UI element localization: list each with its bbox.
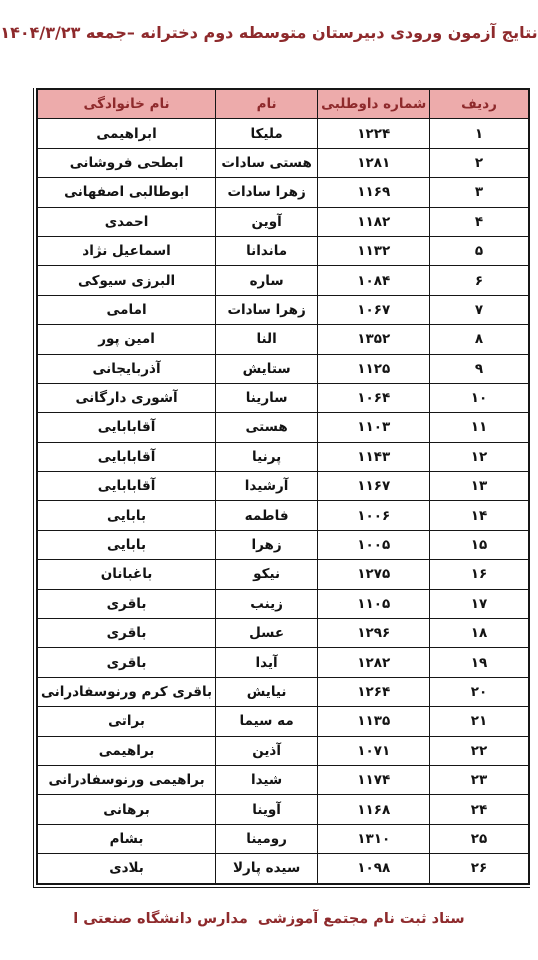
last-name-cell: باقری — [37, 589, 216, 618]
last-name-cell: براتی — [37, 707, 216, 736]
first-name-cell: عسل — [216, 619, 318, 648]
row-number-cell: ۲۳ — [430, 765, 529, 794]
last-name-cell: برهانی — [37, 795, 216, 824]
first-name-cell: ستایش — [216, 354, 318, 383]
first-name-cell: رومینا — [216, 824, 318, 853]
row-number-cell: ۱۸ — [430, 619, 529, 648]
first-name-cell: آرشیدا — [216, 472, 318, 501]
table-outer-frame: ردیف شماره داوطلبی نام نام خانوادگی ۱۱۲۲… — [33, 88, 530, 888]
table-row: ۹۱۱۲۵ستایشآذربایجانی — [37, 354, 529, 383]
candidate-number-cell: ۱۰۸۴ — [318, 266, 430, 295]
first-name-cell: آوینا — [216, 795, 318, 824]
row-number-cell: ۱۴ — [430, 501, 529, 530]
results-sheet: نتایج آزمون ورودی دبیرستان متوسطه دوم دخ… — [0, 0, 538, 960]
table-row: ۷۱۰۶۷زهرا ساداتامامی — [37, 295, 529, 324]
footer-note: ستاد ثبت نام مجتمع آموزشی مدارس دانشگاه … — [0, 911, 538, 927]
table-row: ۲۱۱۱۳۵مه سیمابراتی — [37, 707, 529, 736]
last-name-cell: البرزی سیوکی — [37, 266, 216, 295]
first-name-cell: ملیکا — [216, 119, 318, 148]
first-name-cell: شیدا — [216, 765, 318, 794]
row-number-cell: ۲۲ — [430, 736, 529, 765]
candidate-number-cell: ۱۲۹۶ — [318, 619, 430, 648]
last-name-cell: بابایی — [37, 530, 216, 559]
last-name-cell: آقابابایی — [37, 442, 216, 471]
table-row: ۱۵۱۰۰۵زهرابابایی — [37, 530, 529, 559]
table-row: ۳۱۱۶۹زهرا ساداتابوطالبی اصفهانی — [37, 178, 529, 207]
last-name-cell: احمدی — [37, 207, 216, 236]
first-name-cell: نیایش — [216, 677, 318, 706]
candidate-number-cell: ۱۱۶۸ — [318, 795, 430, 824]
row-number-cell: ۷ — [430, 295, 529, 324]
table-row: ۱۷۱۱۰۵زینبباقری — [37, 589, 529, 618]
candidate-number-cell: ۱۰۰۵ — [318, 530, 430, 559]
last-name-cell: بلادی — [37, 854, 216, 884]
column-header-candidate-number: شماره داوطلبی — [318, 89, 430, 119]
row-number-cell: ۳ — [430, 178, 529, 207]
last-name-cell: باقری — [37, 619, 216, 648]
table-row: ۴۱۱۸۲آویناحمدی — [37, 207, 529, 236]
first-name-cell: آیدا — [216, 648, 318, 677]
candidate-number-cell: ۱۲۲۴ — [318, 119, 430, 148]
candidate-number-cell: ۱۲۷۵ — [318, 560, 430, 589]
table-row: ۲۵۱۳۱۰رومینابشام — [37, 824, 529, 853]
table-row: ۱۴۱۰۰۶فاطمهبابایی — [37, 501, 529, 530]
first-name-cell: سیده پارلا — [216, 854, 318, 884]
first-name-cell: النا — [216, 325, 318, 354]
table-row: ۱۸۱۲۹۶عسلباقری — [37, 619, 529, 648]
row-number-cell: ۱۵ — [430, 530, 529, 559]
last-name-cell: امامی — [37, 295, 216, 324]
row-number-cell: ۲۱ — [430, 707, 529, 736]
first-name-cell: آوین — [216, 207, 318, 236]
last-name-cell: ابوطالبی اصفهانی — [37, 178, 216, 207]
candidate-number-cell: ۱۲۸۲ — [318, 648, 430, 677]
column-header-first-name: نام — [216, 89, 318, 119]
row-number-cell: ۱ — [430, 119, 529, 148]
last-name-cell: بابایی — [37, 501, 216, 530]
candidate-number-cell: ۱۱۲۵ — [318, 354, 430, 383]
candidate-number-cell: ۱۰۶۴ — [318, 383, 430, 412]
table-header-row: ردیف شماره داوطلبی نام نام خانوادگی — [37, 89, 529, 119]
header-row: ردیف شماره داوطلبی نام نام خانوادگی — [37, 89, 529, 119]
last-name-cell: بشام — [37, 824, 216, 853]
candidate-number-cell: ۱۱۶۷ — [318, 472, 430, 501]
first-name-cell: ساره — [216, 266, 318, 295]
candidate-number-cell: ۱۳۵۲ — [318, 325, 430, 354]
last-name-cell: باغبانان — [37, 560, 216, 589]
candidate-number-cell: ۱۱۸۲ — [318, 207, 430, 236]
table-row: ۱۳۱۱۶۷آرشیداآقابابایی — [37, 472, 529, 501]
table-row: ۱۶۱۲۷۵نیکوباغبانان — [37, 560, 529, 589]
row-number-cell: ۵ — [430, 236, 529, 265]
row-number-cell: ۸ — [430, 325, 529, 354]
candidate-number-cell: ۱۱۳۵ — [318, 707, 430, 736]
column-header-last-name: نام خانوادگی — [37, 89, 216, 119]
last-name-cell: امین پور — [37, 325, 216, 354]
first-name-cell: نیکو — [216, 560, 318, 589]
first-name-cell: زهرا سادات — [216, 295, 318, 324]
last-name-cell: اسماعیل نژاد — [37, 236, 216, 265]
candidate-number-cell: ۱۳۱۰ — [318, 824, 430, 853]
table-row: ۲۰۱۲۶۴نیایشباقری کرم ورنوسفادرانی — [37, 677, 529, 706]
last-name-cell: باقری کرم ورنوسفادرانی — [37, 677, 216, 706]
first-name-cell: آذین — [216, 736, 318, 765]
candidate-number-cell: ۱۱۶۹ — [318, 178, 430, 207]
table-row: ۱۲۱۱۴۳پرنیاآقابابایی — [37, 442, 529, 471]
first-name-cell: زینب — [216, 589, 318, 618]
first-name-cell: هستی — [216, 413, 318, 442]
candidate-number-cell: ۱۰۷۱ — [318, 736, 430, 765]
first-name-cell: هستی سادات — [216, 148, 318, 177]
row-number-cell: ۹ — [430, 354, 529, 383]
first-name-cell: زهرا سادات — [216, 178, 318, 207]
candidate-number-cell: ۱۱۷۴ — [318, 765, 430, 794]
table-row: ۲۱۲۸۱هستی ساداتابطحی فروشانی — [37, 148, 529, 177]
last-name-cell: ابراهیمی — [37, 119, 216, 148]
last-name-cell: براهیمی — [37, 736, 216, 765]
candidate-number-cell: ۱۰۰۶ — [318, 501, 430, 530]
first-name-cell: فاطمه — [216, 501, 318, 530]
last-name-cell: براهیمی ورنوسفادرانی — [37, 765, 216, 794]
candidate-number-cell: ۱۲۸۱ — [318, 148, 430, 177]
row-number-cell: ۲۰ — [430, 677, 529, 706]
row-number-cell: ۴ — [430, 207, 529, 236]
column-header-row-number: ردیف — [430, 89, 529, 119]
first-name-cell: مه سیما — [216, 707, 318, 736]
candidate-number-cell: ۱۲۶۴ — [318, 677, 430, 706]
candidate-number-cell: ۱۰۶۷ — [318, 295, 430, 324]
row-number-cell: ۱۲ — [430, 442, 529, 471]
last-name-cell: آقابابایی — [37, 413, 216, 442]
last-name-cell: آشوری دارگانی — [37, 383, 216, 412]
first-name-cell: پرنیا — [216, 442, 318, 471]
row-number-cell: ۱۶ — [430, 560, 529, 589]
table-row: ۸۱۳۵۲الناامین پور — [37, 325, 529, 354]
table-row: ۱۱۱۱۰۳هستیآقابابایی — [37, 413, 529, 442]
last-name-cell: ابطحی فروشانی — [37, 148, 216, 177]
table-row: ۱۱۲۲۴ملیکاابراهیمی — [37, 119, 529, 148]
last-name-cell: آقابابایی — [37, 472, 216, 501]
row-number-cell: ۲۴ — [430, 795, 529, 824]
row-number-cell: ۱۹ — [430, 648, 529, 677]
table-row: ۵۱۱۳۲ماندانااسماعیل نژاد — [37, 236, 529, 265]
table-row: ۶۱۰۸۴سارهالبرزی سیوکی — [37, 266, 529, 295]
candidate-number-cell: ۱۱۰۵ — [318, 589, 430, 618]
last-name-cell: باقری — [37, 648, 216, 677]
row-number-cell: ۱۳ — [430, 472, 529, 501]
row-number-cell: ۱۱ — [430, 413, 529, 442]
table-row: ۱۰۱۰۶۴ساریناآشوری دارگانی — [37, 383, 529, 412]
row-number-cell: ۲ — [430, 148, 529, 177]
row-number-cell: ۲۶ — [430, 854, 529, 884]
candidate-number-cell: ۱۱۰۳ — [318, 413, 430, 442]
candidate-number-cell: ۱۱۳۲ — [318, 236, 430, 265]
row-number-cell: ۱۷ — [430, 589, 529, 618]
row-number-cell: ۶ — [430, 266, 529, 295]
first-name-cell: سارینا — [216, 383, 318, 412]
table-row: ۲۴۱۱۶۸آوینابرهانی — [37, 795, 529, 824]
page-title: نتایج آزمون ورودی دبیرستان متوسطه دوم دخ… — [0, 23, 538, 42]
first-name-cell: ماندانا — [216, 236, 318, 265]
results-table: ردیف شماره داوطلبی نام نام خانوادگی ۱۱۲۲… — [36, 88, 530, 885]
last-name-cell: آذربایجانی — [37, 354, 216, 383]
candidate-number-cell: ۱۱۴۳ — [318, 442, 430, 471]
table-body: ۱۱۲۲۴ملیکاابراهیمی۲۱۲۸۱هستی ساداتابطحی ف… — [37, 119, 529, 884]
table-row: ۲۳۱۱۷۴شیدابراهیمی ورنوسفادرانی — [37, 765, 529, 794]
table-row: ۱۹۱۲۸۲آیداباقری — [37, 648, 529, 677]
first-name-cell: زهرا — [216, 530, 318, 559]
row-number-cell: ۲۵ — [430, 824, 529, 853]
row-number-cell: ۱۰ — [430, 383, 529, 412]
candidate-number-cell: ۱۰۹۸ — [318, 854, 430, 884]
table-row: ۲۲۱۰۷۱آذینبراهیمی — [37, 736, 529, 765]
table-row: ۲۶۱۰۹۸سیده پارلابلادی — [37, 854, 529, 884]
